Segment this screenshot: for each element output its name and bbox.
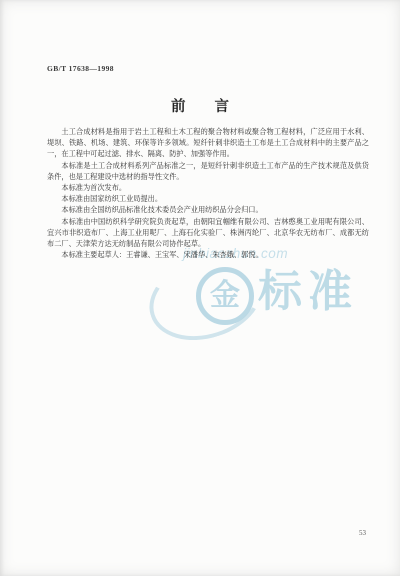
document-page: jinbiaozhun.com 金 标准 GB/T 17638—1998 前 言… xyxy=(0,0,400,576)
paragraph: 本标准由国家纺织工业局提出。 xyxy=(47,194,369,205)
watermark-brand-text: 标准 xyxy=(258,269,358,315)
paragraph: 土工合成材料是指用于岩土工程和土木工程的聚合物材料或聚合物工程材料，广泛应用于水… xyxy=(47,127,369,161)
page-title: 前 言 xyxy=(0,95,400,116)
paragraph: 本标准为首次发布。 xyxy=(47,183,369,194)
foreword-paragraphs: 土工合成材料是指用于岩土工程和土木工程的聚合物材料或聚合物工程材料，广泛应用于水… xyxy=(47,127,369,261)
paragraph: 本标准由中国纺织科学研究院负责起草，由朝阳宜帼维有限公司、吉林憨奥工业用呢有限公… xyxy=(47,217,369,251)
standard-number-header: GB/T 17638—1998 xyxy=(47,64,114,73)
paragraph: 本标准主要起草人：王睿谦、王宝军、宋潘华、朱杏娥、郭悦。 xyxy=(47,250,369,261)
paragraph: 本标准是土工合成材料系列产品标准之一，是短纤针刺非织造土工布产品的生产技术规范及… xyxy=(47,161,369,183)
watermark: jinbiaozhun.com 金 标准 xyxy=(0,0,400,576)
watermark-logo-character: 金 xyxy=(210,281,240,311)
page-number: 53 xyxy=(359,529,366,537)
watermark-logo-icon: 金 xyxy=(196,267,254,325)
paragraph: 本标准由全国纺织品标准化技术委员会产业用纺织品分会归口。 xyxy=(47,205,369,216)
